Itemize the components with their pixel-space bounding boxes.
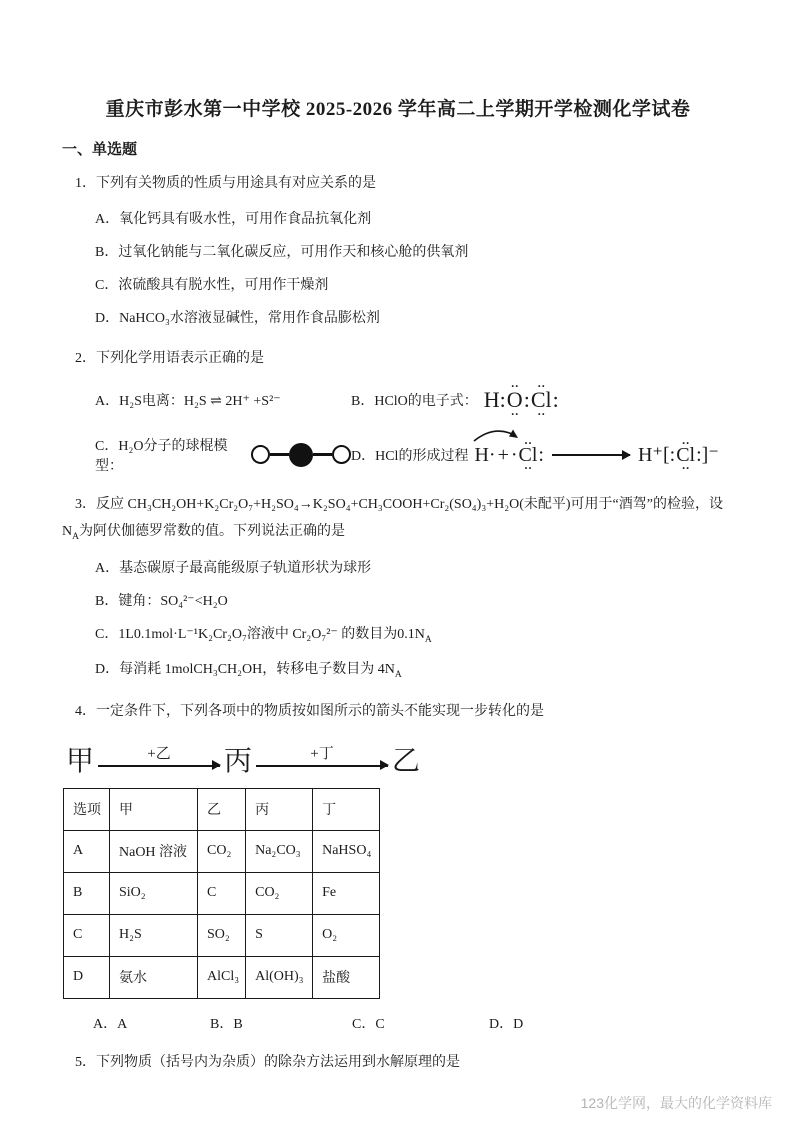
table-cell: B xyxy=(64,872,110,914)
lone-pair-dots: ·· xyxy=(537,408,545,420)
diagram-node-bing: 丙 xyxy=(224,748,252,776)
formula-h-dot: H· xyxy=(474,444,495,466)
question-3-option-a: A．基态碳原子最高能级原子轨道形状为球形 xyxy=(95,558,734,579)
table-cell: S xyxy=(246,914,313,956)
option-c-text: C．1L0.1mol·L⁻¹K₂Cr₂O₇溶液中 Cr₂O₇²⁻ 的数目为0.1… xyxy=(95,627,425,642)
formula-dot: · xyxy=(511,444,518,466)
question-4-answer-b: B．B xyxy=(210,1013,352,1033)
table-cell: Fe xyxy=(313,872,380,914)
hydrogen-ball-right xyxy=(332,445,351,464)
question-3-option-b: B．键角：SO₄²⁻<H₂O xyxy=(95,591,734,612)
avogadro-subscript: A xyxy=(72,532,79,542)
hcl-formation-formula: H·+···Cl··:H⁺[:··Cl··:]⁻ xyxy=(474,442,718,467)
arrow-line xyxy=(256,765,388,767)
diagram-arrow-2: +丁 xyxy=(256,742,388,767)
question-2: 2．下列化学用语表示正确的是 A．H₂S电离：H₂S ⇌ 2H⁺ +S²⁻ B．… xyxy=(62,345,734,474)
question-1-option-d: D．NaHCO₃水溶液显碱性，常用作食品膨松剂 xyxy=(95,308,734,329)
question-1-option-b: B．过氧化钠能与二氧化碳反应，可用作天和核心舱的供氧剂 xyxy=(95,242,734,263)
question-3-options: A．基态碳原子最高能级原子轨道形状为球形 B．键角：SO₄²⁻<H₂O C．1L… xyxy=(95,558,734,682)
bracket-close: :]⁻ xyxy=(696,444,719,466)
option-b-label: B．HClO的电子式： xyxy=(351,390,478,410)
lone-pair-dots: ·· xyxy=(524,462,532,474)
page-title: 重庆市彭水第一中学校 2025-2026 学年高二上学期开学检测化学试卷 xyxy=(62,94,734,121)
question-1-stem: 1．下列有关物质的性质与用途具有对应关系的是 xyxy=(62,170,734,197)
conversion-diagram: 甲 +乙 丙 +丁 乙 xyxy=(66,742,734,776)
table-row: B SiO₂ C CO₂ Fe xyxy=(64,872,380,914)
table-cell: 氨水 xyxy=(110,956,198,998)
oxygen-ball-center xyxy=(289,443,313,467)
chloride-ion-atom: ··Cl·· xyxy=(675,444,696,467)
table-cell: D xyxy=(64,956,110,998)
diagram-node-yi: 乙 xyxy=(392,748,420,776)
table-cell: C xyxy=(64,914,110,956)
table-cell: AlCl₃ xyxy=(198,956,246,998)
question-5: 5．下列物质（括号内为杂质）的除杂方法运用到水解原理的是 xyxy=(62,1049,734,1076)
table-cell: H₂S xyxy=(110,914,198,956)
bond-stick xyxy=(313,453,332,456)
stem-text: 为阿伏伽德罗常数的值。下列说法正确的是 xyxy=(79,524,345,539)
question-1-option-a: A．氧化钙具有吸水性，可用作食品抗氧化剂 xyxy=(95,209,734,230)
question-1-options: A．氧化钙具有吸水性，可用作食品抗氧化剂 B．过氧化钠能与二氧化碳反应，可用作天… xyxy=(95,209,734,329)
table-cell: A xyxy=(64,830,110,872)
formula-colon: : xyxy=(538,444,544,466)
table-cell: 盐酸 xyxy=(313,956,380,998)
table-cell: C xyxy=(198,872,246,914)
electron-transfer-arrow xyxy=(471,428,525,443)
table-row: D 氨水 AlCl₃ Al(OH)₃ 盐酸 xyxy=(64,956,380,998)
table-cell: O₂ xyxy=(313,914,380,956)
question-4-answer-c: C．C xyxy=(352,1013,489,1033)
hydrogen-ball-left xyxy=(251,445,270,464)
question-4: 4．一定条件下，下列各项中的物质按如图所示的箭头不能实现一步转化的是 甲 +乙 … xyxy=(62,698,734,1032)
table-row: C H₂S SO₂ S O₂ xyxy=(64,914,380,956)
table-cell: NaHSO₄ xyxy=(313,830,380,872)
watermark-footer: 123化学网，最大的化学资料库 xyxy=(581,1093,772,1113)
table-cell: NaOH 溶液 xyxy=(110,830,198,872)
arrow-2-label: +丁 xyxy=(310,742,333,763)
formula-h-plus: H⁺ xyxy=(638,444,663,466)
arrow-1-label: +乙 xyxy=(147,742,170,763)
option-d-text: D．每消耗 1molCH₃CH₂OH，转移电子数目为 4N xyxy=(95,662,395,677)
question-4-answers: A．AB．BC．CD．D xyxy=(93,1013,734,1033)
ball-stick-model xyxy=(251,443,351,467)
question-4-stem: 4．一定条件下，下列各项中的物质按如图所示的箭头不能实现一步转化的是 xyxy=(62,698,734,725)
question-5-stem: 5．下列物质（括号内为杂质）的除杂方法运用到水解原理的是 xyxy=(62,1049,734,1076)
diagram-node-jia: 甲 xyxy=(66,748,94,776)
question-3-option-c: C．1L0.1mol·L⁻¹K₂Cr₂O₇溶液中 Cr₂O₇²⁻ 的数目为0.1… xyxy=(95,624,734,647)
lone-pair-dots: ·· xyxy=(682,462,690,474)
question-3-stem: 3．反应 CH₃CH₂OH+K₂Cr₂O₇+H₂SO₄→K₂SO₄+CH₃COO… xyxy=(62,491,734,547)
q4-substance-table: 选项 甲 乙 丙 丁 A NaOH 溶液 CO₂ Na₂CO₃ NaHSO₄ B… xyxy=(63,788,380,999)
arrow-line xyxy=(98,765,220,767)
lone-pair-dots: ·· xyxy=(511,408,519,420)
question-2-option-c: C．H₂O分子的球棍模型： xyxy=(95,435,351,475)
table-header: 丙 xyxy=(246,788,313,830)
table-cell: CO₂ xyxy=(198,830,246,872)
page-content: 重庆市彭水第一中学校 2025-2026 学年高二上学期开学检测化学试卷 一、单… xyxy=(0,0,794,1076)
diagram-arrow-1: +乙 xyxy=(98,742,220,767)
question-4-answer-d: D．D xyxy=(489,1013,523,1033)
question-1: 1．下列有关物质的性质与用途具有对应关系的是 A．氧化钙具有吸水性，可用作食品抗… xyxy=(62,170,734,329)
question-3-option-d: D．每消耗 1molCH₃CH₂OH，转移电子数目为 4NA xyxy=(95,659,734,682)
lone-pair-dots: ·· xyxy=(537,380,545,392)
table-header: 丁 xyxy=(313,788,380,830)
table-header: 选项 xyxy=(64,788,110,830)
chlorine-atom: ··Cl·· xyxy=(530,387,553,413)
table-header: 乙 xyxy=(198,788,246,830)
question-2-option-a: A．H₂S电离：H₂S ⇌ 2H⁺ +S²⁻ xyxy=(95,390,351,410)
question-2-stem: 2．下列化学用语表示正确的是 xyxy=(62,345,734,372)
table-cell: SO₂ xyxy=(198,914,246,956)
question-2-option-b: B．HClO的电子式： H:··O··:··Cl··: xyxy=(351,387,559,413)
table-header-row: 选项 甲 乙 丙 丁 xyxy=(64,788,380,830)
chlorine-atom: ··Cl·· xyxy=(518,444,539,467)
table-cell: Al(OH)₃ xyxy=(246,956,313,998)
formula-h: H: xyxy=(484,387,506,412)
oxygen-atom: ··O·· xyxy=(506,387,524,413)
question-2-option-d: D．HCl的形成过程 H·+···Cl··:H⁺[:··Cl··:]⁻ xyxy=(351,442,719,467)
question-4-answer-a: A．A xyxy=(93,1013,210,1033)
avogadro-subscript: A xyxy=(425,635,432,645)
option-a-text: A．H₂S电离：H₂S ⇌ 2H⁺ +S²⁻ xyxy=(95,390,281,410)
table-cell: Na₂CO₃ xyxy=(246,830,313,872)
avogadro-subscript: A xyxy=(395,670,402,680)
option-d-label: D．HCl的形成过程 xyxy=(351,445,468,465)
plus-sign: + xyxy=(496,444,511,466)
table-cell: CO₂ xyxy=(246,872,313,914)
bond-stick xyxy=(270,453,289,456)
question-3: 3．反应 CH₃CH₂OH+K₂Cr₂O₇+H₂SO₄→K₂SO₄+CH₃COO… xyxy=(62,491,734,683)
reaction-arrow xyxy=(552,454,630,456)
bracket-open: [: xyxy=(663,444,675,466)
table-cell: SiO₂ xyxy=(110,872,198,914)
question-2-options-cd: C．H₂O分子的球棍模型： D．HCl的形成过程 H·+···Cl··:H⁺[:… xyxy=(95,435,734,475)
lone-pair-dots: ·· xyxy=(682,437,690,449)
exam-page: 重庆市彭水第一中学校 2025-2026 学年高二上学期开学检测化学试卷 一、单… xyxy=(0,0,794,1123)
option-c-label: C．H₂O分子的球棍模型： xyxy=(95,435,237,475)
table-header: 甲 xyxy=(110,788,198,830)
lone-pair-dots: ·· xyxy=(524,437,532,449)
lone-pair-dots: ·· xyxy=(511,380,519,392)
hclo-electron-formula: H:··O··:··Cl··: xyxy=(484,387,559,413)
section-heading: 一、单选题 xyxy=(62,138,734,159)
question-2-options-ab: A．H₂S电离：H₂S ⇌ 2H⁺ +S²⁻ B．HClO的电子式： H:··O… xyxy=(95,387,734,413)
table-row: A NaOH 溶液 CO₂ Na₂CO₃ NaHSO₄ xyxy=(64,830,380,872)
question-1-option-c: C．浓硫酸具有脱水性，可用作干燥剂 xyxy=(95,275,734,296)
formula-colon: : xyxy=(553,387,559,412)
